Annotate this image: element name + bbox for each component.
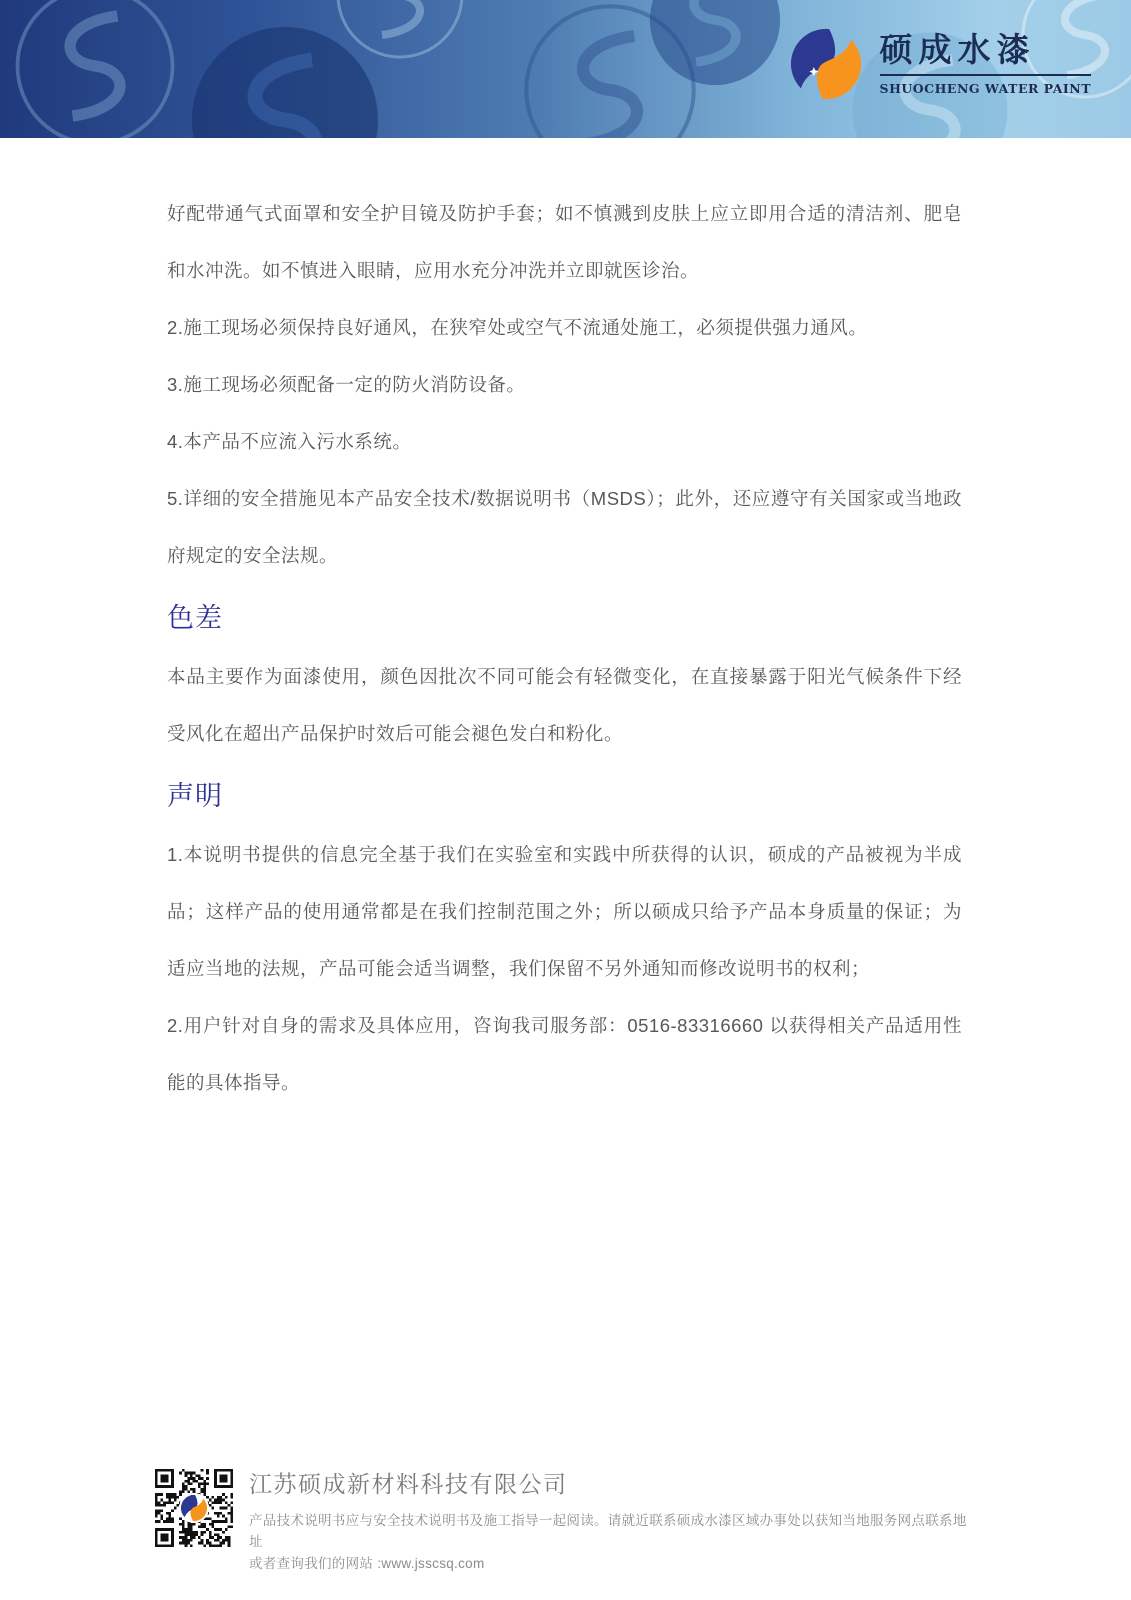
body-paragraph: 5.详细的安全措施见本产品安全技术/数据说明书（MSDS）；此外，还应遵守有关国… xyxy=(167,470,962,584)
brand-name-cn: 硕成水漆 xyxy=(880,32,1091,76)
body-paragraph: 本品主要作为面漆使用，颜色因批次不同可能会有轻微变化，在直接暴露于阳光气候条件下… xyxy=(167,648,962,762)
body-paragraph: 3.施工现场必须配备一定的防火消防设备。 xyxy=(167,356,962,413)
page: 硕成水漆 SHUOCHENG WATER PAINT 好配带通气式面罩和安全护目… xyxy=(0,0,1131,1600)
body-paragraph: 1.本说明书提供的信息完全基于我们在实验室和实践中所获得的认识，硕成的产品被视为… xyxy=(167,826,962,997)
body-paragraph: 2.施工现场必须保持良好通风，在狭窄处或空气不流通处施工，必须提供强力通风。 xyxy=(167,299,962,356)
body-paragraph: 2.用户针对自身的需求及具体应用，咨询我司服务部：0516-83316660 以… xyxy=(167,997,962,1111)
footer-note-line1: 产品技术说明书应与安全技术说明书及施工指导一起阅读。请就近联系硕成水漆区域办事处… xyxy=(249,1513,967,1550)
company-name: 江苏硕成新材料科技有限公司 xyxy=(249,1471,979,1499)
section-heading-statement: 声明 xyxy=(167,776,962,816)
footer-note-line2: 或者查询我们的网站 :www.jsscsq.com xyxy=(249,1556,485,1571)
section-heading-color-difference: 色差 xyxy=(167,598,962,638)
brand-logo: 硕成水漆 SHUOCHENG WATER PAINT xyxy=(788,26,1091,102)
footer-note: 产品技术说明书应与安全技术说明书及施工指导一起阅读。请就近联系硕成水漆区域办事处… xyxy=(249,1510,979,1575)
brand-name-en: SHUOCHENG WATER PAINT xyxy=(880,81,1091,96)
qr-code-icon xyxy=(155,1469,233,1547)
body-paragraph: 好配带通气式面罩和安全护目镜及防护手套；如不慎溅到皮肤上应立即用合适的清洁剂、肥… xyxy=(167,185,962,299)
header-banner: 硕成水漆 SHUOCHENG WATER PAINT xyxy=(0,0,1131,138)
page-footer: 江苏硕成新材料科技有限公司 产品技术说明书应与安全技术说明书及施工指导一起阅读。… xyxy=(155,1469,979,1574)
body-paragraph: 4.本产品不应流入污水系统。 xyxy=(167,413,962,470)
s-swirl-logo-icon xyxy=(788,26,864,102)
document-body: 好配带通气式面罩和安全护目镜及防护手套；如不慎溅到皮肤上应立即用合适的清洁剂、肥… xyxy=(0,138,1131,1111)
footer-text-block: 江苏硕成新材料科技有限公司 产品技术说明书应与安全技术说明书及施工指导一起阅读。… xyxy=(249,1469,979,1574)
